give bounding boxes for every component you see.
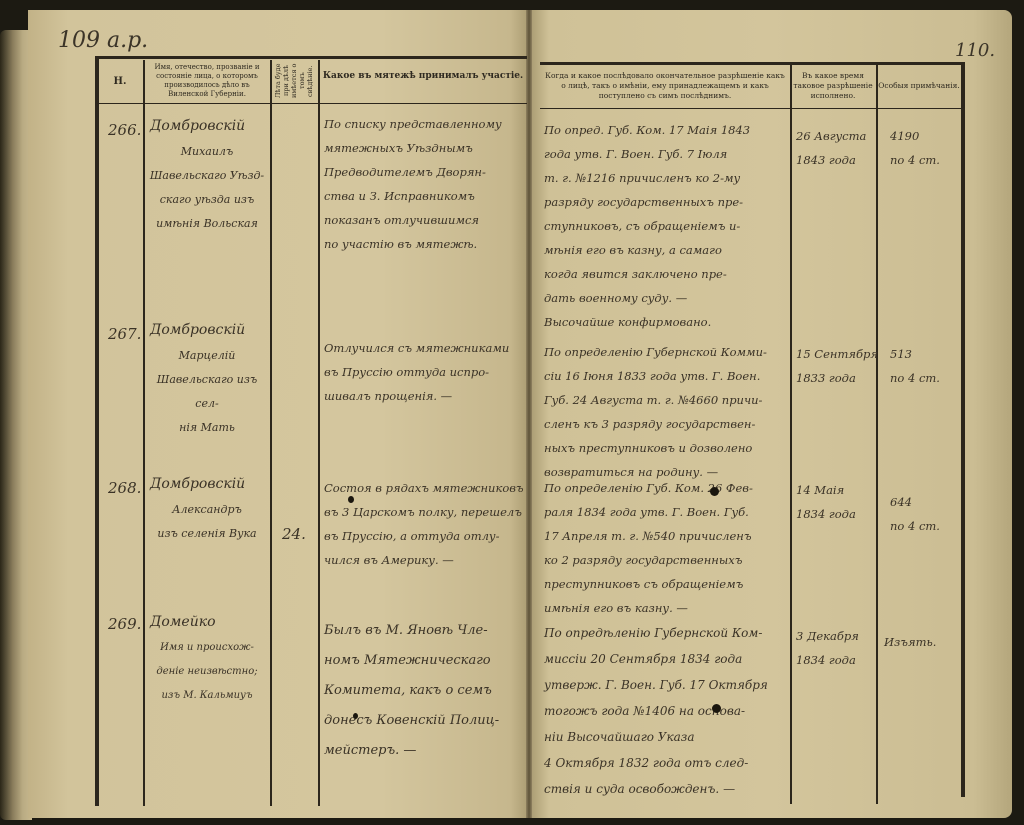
entry-surname: Домбровскій (150, 470, 245, 498)
right-border (961, 62, 965, 797)
entry-notes: 4190 по 4 ст. (890, 124, 940, 172)
entry-notes: 644 по 4 ст. (890, 490, 940, 538)
header-bottom-rule (540, 108, 965, 109)
entry-executed: 26 Августа 1843 года (796, 124, 866, 172)
header-top-rule (97, 56, 527, 59)
col-divider (143, 60, 145, 806)
entry-resolution: По определенію Губернской Комми- сіи 16 … (544, 340, 767, 484)
entry-participation: По списку представленному мятежныхъ Уѣзд… (324, 112, 502, 256)
entry-details: Имя и происхож- деніе неизвѣстно; изъ М.… (146, 636, 268, 708)
left-border (95, 56, 99, 806)
col-divider (270, 60, 272, 806)
archive-mark: 109 а.р. (58, 28, 148, 53)
col-divider (318, 60, 320, 806)
header-executed: Въ какое время таковое разрѣшеніе исполн… (792, 66, 874, 106)
entry-participation: Состоя в рядахъ мятежниковъ въ 3 Царском… (324, 476, 524, 572)
entry-executed: 15 Сентября 1833 года (796, 342, 878, 390)
book-spine (526, 10, 532, 818)
entry-participation: Былъ въ М. Яновѣ Чле- номъ Мятежническаг… (324, 616, 499, 766)
entry-notes: Изъять. (884, 630, 936, 654)
register-spread: 109 а.р. 110. Н. Имя, отечество, прозван… (0, 0, 1024, 825)
entry-executed: 3 Декабря 1834 года (796, 624, 859, 672)
binding-hole (710, 487, 719, 496)
entry-participation: Отлучился съ мятежниками въ Пруссію отту… (324, 336, 509, 408)
page-number: 110. (955, 40, 995, 61)
entry-number: 267. (108, 322, 141, 346)
header-bottom-rule (97, 103, 527, 104)
entry-age: 24. (282, 522, 306, 546)
col-divider (790, 64, 792, 804)
entry-notes: 513 по 4 ст. (890, 342, 940, 390)
entry-surname: Домбровскій (150, 112, 245, 140)
entry-number: 269. (108, 612, 141, 636)
ink-blot (348, 496, 354, 503)
header-num: Н. (98, 60, 142, 102)
header-age: Лѣта буде при дѣлѣ имѣется о томъ свѣдѣн… (272, 60, 316, 102)
entry-number: 266. (108, 118, 141, 142)
entry-details: Марцелій Шавельскаго изъ сел- нія Мать (146, 344, 268, 440)
entry-resolution: По опред. Губ. Ком. 17 Маія 1843 года ут… (544, 118, 750, 334)
entry-executed: 14 Маія 1834 года (796, 478, 856, 526)
header-name: Имя, отечество, прозваніе и состояніе ли… (145, 60, 269, 102)
entry-details: Михаилъ Шавельскаго Уѣзд- скаго уѣзда из… (146, 140, 268, 236)
entry-number: 268. (108, 476, 141, 500)
header-notes: Особыя примѣчанія. (878, 66, 960, 106)
header-resolution: Когда и какое послѣдовало окончательное … (542, 66, 788, 106)
binding-hole (712, 704, 721, 713)
entry-surname: Домбровскій (150, 316, 245, 344)
header-participation: Какое въ мятежѣ принималъ участіе. (320, 60, 526, 92)
header-top-rule (540, 62, 965, 65)
entry-surname: Домейко (150, 608, 216, 636)
entry-resolution: По опредѣленію Губернской Ком- миссіи 20… (544, 620, 768, 802)
ink-blot (353, 713, 358, 719)
entry-resolution: По определенію Губ. Ком. 26 Фев- раля 18… (544, 476, 753, 620)
entry-details: Александръ изъ селенія Вука (146, 498, 268, 546)
col-divider (876, 64, 878, 804)
